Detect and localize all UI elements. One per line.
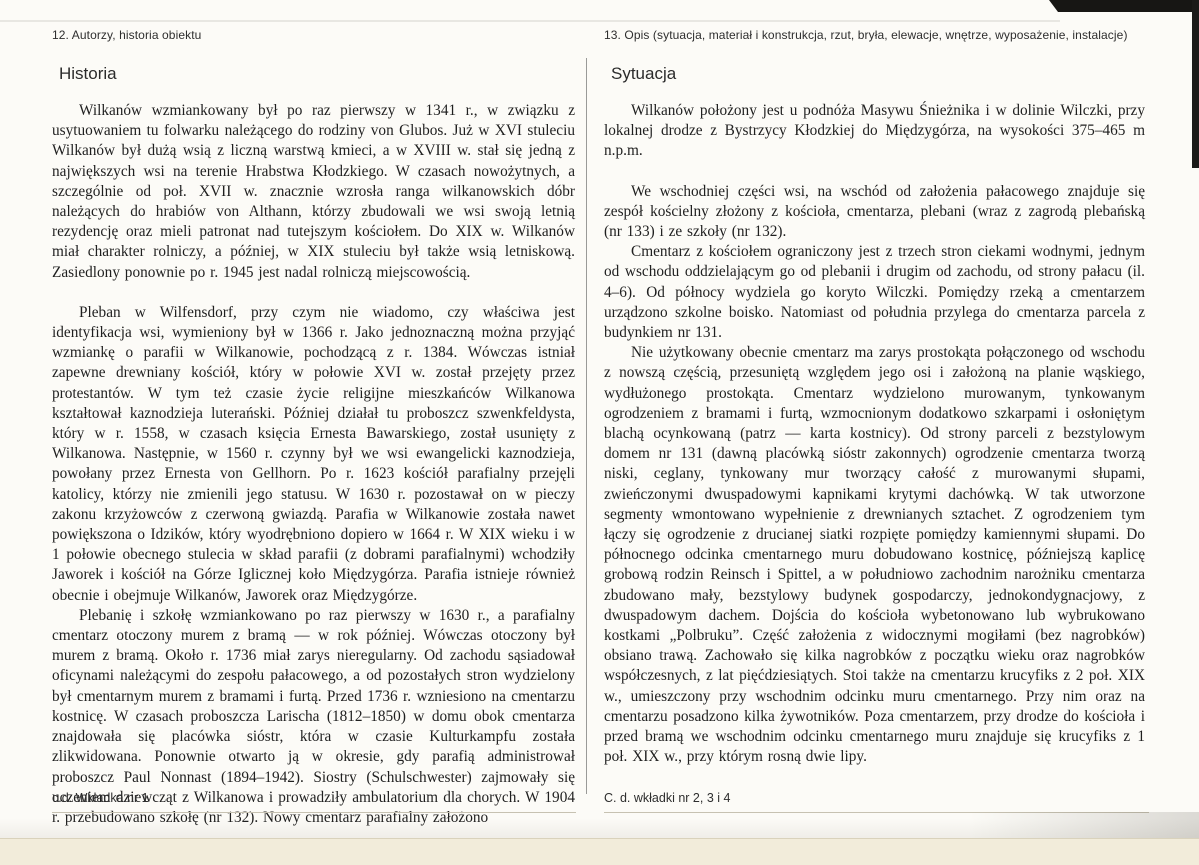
right-column: 13. Opis (sytuacja, materiał i konstrukc… — [604, 28, 1145, 768]
column-divider-rule — [586, 58, 587, 794]
paragraph: Pleban w Wilfensdorf, przy czym nie wiad… — [52, 303, 575, 606]
scan-edge-right — [1192, 0, 1199, 168]
paragraph: Cmentarz z kościołem ograniczony jest z … — [604, 242, 1145, 343]
paragraph: We wschodniej części wsi, na wschód od z… — [604, 182, 1145, 243]
paragraph: Wilkanów wzmiankowany był po raz pierwsz… — [52, 101, 575, 283]
right-footer: C. d. wkładki nr 2, 3 i 4 — [604, 791, 1149, 813]
left-footer: c.d. Wkładka nr 1 — [52, 791, 576, 813]
paragraph: Nie użytkowany obecnie cmentarz ma zarys… — [604, 343, 1145, 767]
scanned-document-page: 12. Autorzy, historia obiektu Historia W… — [0, 0, 1199, 865]
left-body-text: Wilkanów wzmiankowany był po raz pierwsz… — [52, 101, 575, 828]
right-body-text: Wilkanów położony jest u podnóża Masywu … — [604, 101, 1145, 768]
right-column-header: 13. Opis (sytuacja, materiał i konstrukc… — [604, 28, 1145, 42]
underlying-sheet-edge — [0, 838, 1199, 865]
paragraph: Wilkanów położony jest u podnóża Masywu … — [604, 101, 1145, 162]
section-title-sytuacja: Sytuacja — [604, 64, 1145, 84]
left-column: 12. Autorzy, historia obiektu Historia W… — [52, 28, 575, 828]
section-title-historia: Historia — [52, 64, 575, 84]
left-column-header: 12. Autorzy, historia obiektu — [52, 28, 575, 42]
sheet-fold-line — [0, 20, 1060, 22]
scan-edge-top-right — [1049, 0, 1199, 12]
